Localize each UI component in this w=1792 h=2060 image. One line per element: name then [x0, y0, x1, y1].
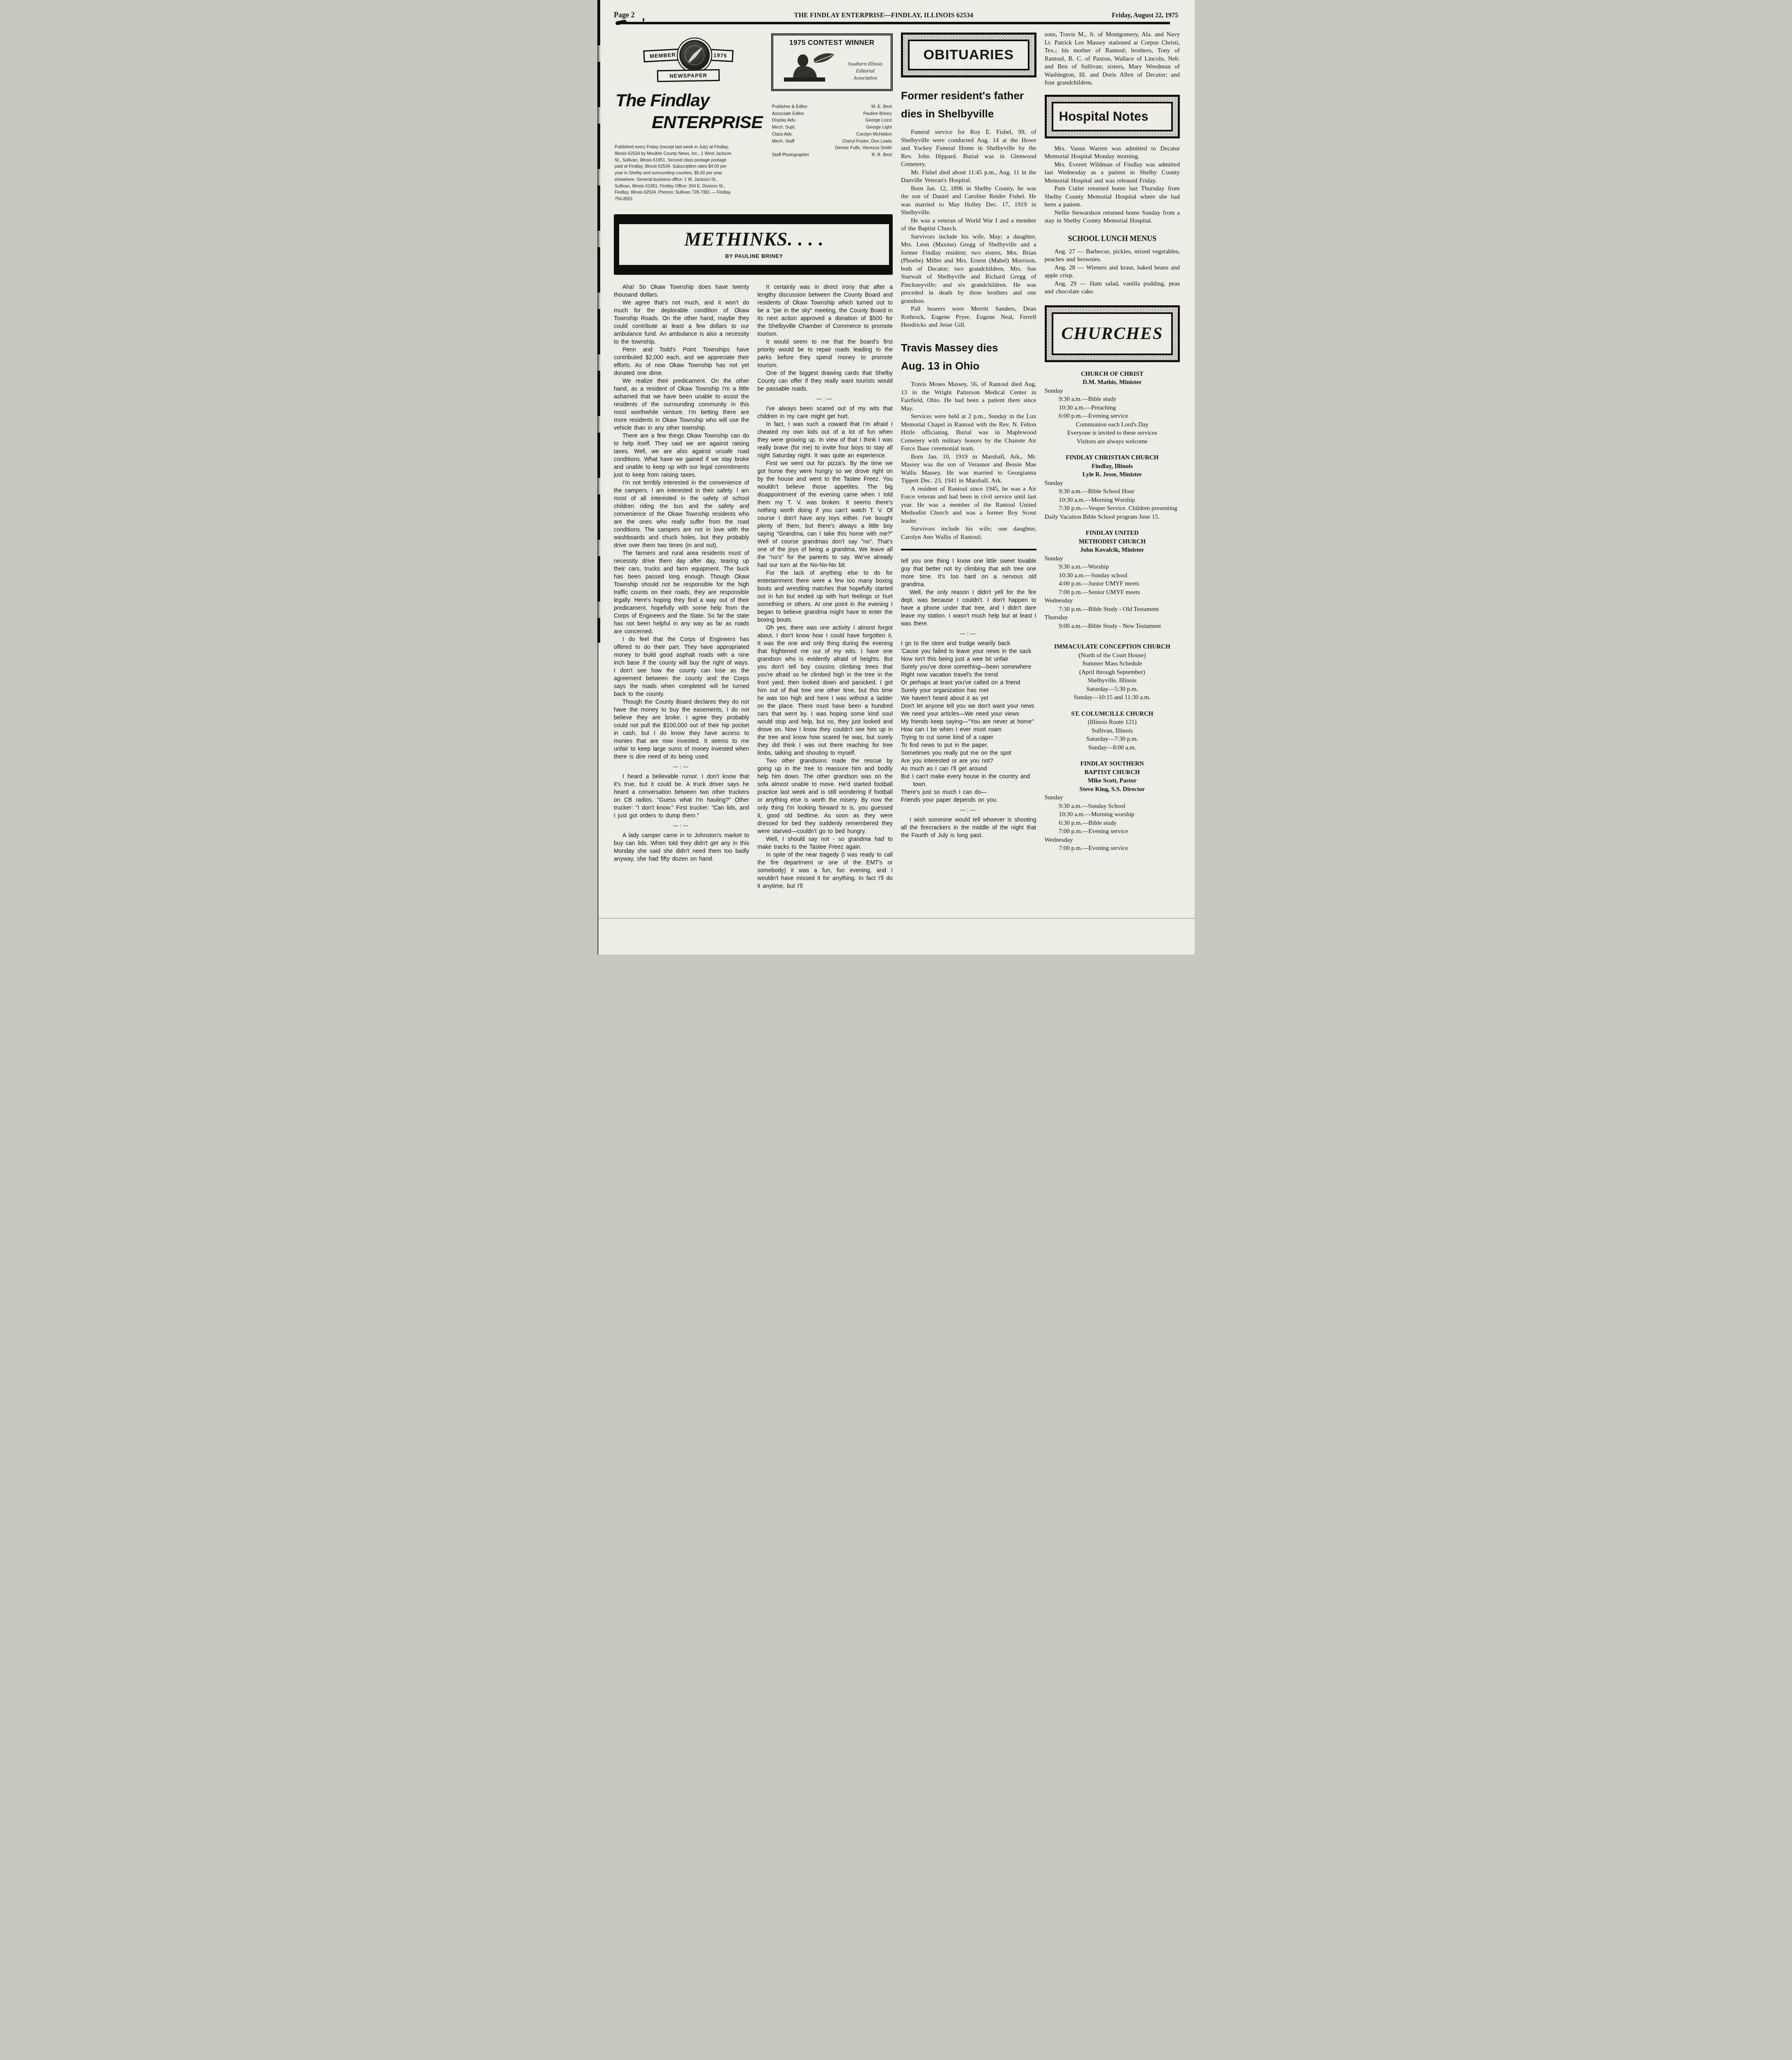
methinks-paragraph: It would seem to me that the board's fir…	[758, 338, 893, 369]
church-listing-line: 9:00 a.m.—Bible Study - New Testament	[1045, 622, 1180, 631]
methinks-paragraph: We need your articles—We need your views	[913, 710, 1036, 718]
scan-fold-line	[597, 918, 1195, 919]
fishel-headline: Former resident's father dies in Shelbyv…	[901, 87, 1036, 123]
staff-name: George Lozzi	[866, 117, 892, 124]
left-section: MEMBER 1975 NEWSPAPER The Findlay ENTERP…	[614, 31, 893, 890]
school-lunch-title: SCHOOL LUNCH MENUS	[1045, 234, 1180, 243]
methinks-paragraph: Don't let anyone tell you we don't want …	[913, 702, 1036, 710]
staff-name: M. E. Best	[871, 103, 892, 110]
church-listing-line: Sunday—10:15 and 11:30 a.m.	[1045, 693, 1180, 702]
page-header: Page 2 THE FINDLAY ENTERPRISE—FINDLAY, I…	[597, 0, 1195, 20]
church-listing-line: 9:30 a.m.—Bible study	[1045, 395, 1180, 404]
methinks-columns: Aha! So Okaw Township does have twenty t…	[614, 283, 893, 890]
staff-row: Denise Fulfs, Vanessa Smith	[772, 145, 892, 152]
methinks-paragraph: Oh yes, there was one activity I almost …	[758, 624, 893, 757]
methinks-title: METHINKS. . . .	[622, 228, 886, 250]
church-listing-line: FINDLAY UNITED	[1045, 529, 1180, 538]
contest-caption: Southern Illinois EditorialAssociation	[844, 61, 887, 85]
methinks-paragraph: —:—	[758, 395, 893, 403]
staff-row: Mech. Staff Cheryl Foster, Don Lewis	[772, 138, 892, 145]
church-listing-line: Everyone is invited to these services	[1045, 429, 1180, 438]
staff-row: Staff Photographer R. R. Best	[772, 152, 892, 159]
church-listing-line: Findlay, Illinois	[1045, 462, 1180, 471]
methinks-paragraph: Friends your paper depends on you.	[913, 796, 1036, 804]
methinks-paragraph: There are a few things Okaw Township can…	[614, 432, 749, 479]
churches-box: CHURCHES	[1045, 305, 1180, 362]
article-paragraph: Born Jan. 12, 1896 in Shelby County, he …	[901, 185, 1036, 217]
methinks-paragraph: I heard a believable rumor. I don't know…	[614, 772, 749, 819]
methinks-paragraph: How can I be when I ever must roam	[913, 726, 1036, 733]
headline-line: Aug. 13 in Ohio	[901, 357, 1036, 375]
church-listing-line: Visitors are always welcome	[1045, 438, 1180, 446]
church-listing-line: Sunday	[1045, 387, 1180, 396]
methinks-paragraph: As much as I can I'll get around	[913, 765, 1036, 772]
article-paragraph: A resident of Rantoul since 1945, he was…	[901, 485, 1036, 526]
methinks-paragraph: —:—	[614, 763, 749, 770]
church-listing-line: 10:30 a.m.—Preaching	[1045, 404, 1180, 412]
staff-row: Associate Editor Pauline Briney	[772, 110, 892, 117]
headline-line: Former resident's father	[901, 87, 1036, 105]
church-listing-line: CHURCH OF CHRIST	[1045, 370, 1180, 379]
methinks-paragraph: I go to the store and trudge wearily bac…	[913, 639, 1036, 647]
church-listing-line: 10:30 a.m.—Sunday school	[1045, 571, 1180, 580]
church-listing-line: ST. COLUMCILLE CHURCH	[1045, 710, 1180, 719]
methinks-paragraph: In fact, I was such a coward that I'm af…	[758, 420, 893, 459]
headline-line: Travis Massey dies	[901, 339, 1036, 357]
methinks-paragraph: We haven't heard about it as yet	[913, 694, 1036, 702]
church-listing-line: Sullivan, Illinois	[1045, 727, 1180, 735]
methinks-paragraph: Though the County Board declares they do…	[614, 698, 749, 761]
staff-name: Carolyn McHatton	[856, 131, 892, 138]
hospital-paragraph: Mrs. Vanus Warren was admitted to Decatu…	[1045, 145, 1180, 161]
church-listing-line: 7:30 p.m.—Bible Study - Old Testament	[1045, 605, 1180, 614]
masthead: MEMBER 1975 NEWSPAPER The Findlay ENTERP…	[614, 31, 763, 203]
staff-role: Mech. Supt.	[772, 124, 796, 131]
church-listing-line: 7:30 p.m.—Vesper Service. Children prese…	[1045, 504, 1180, 521]
obituaries-column: OBITUARIES Former resident's father dies…	[901, 31, 1036, 890]
newspaper-ribbon: NEWSPAPER	[657, 69, 720, 82]
methinks-paragraph: There's just so much I can do—	[913, 788, 1036, 796]
methinks-column-3: tell you one thing I know one little swe…	[901, 557, 1036, 839]
article-paragraph: Survivors include his wife; one daughter…	[901, 525, 1036, 541]
lunch-menu-item: Aug. 28 — Wieners and kraut, baked beans…	[1045, 264, 1180, 280]
church-listing-line: Steve King, S.S. Director	[1045, 785, 1180, 794]
methinks-paragraph: It certainly was in direct irony that af…	[758, 283, 893, 338]
church-listing-line: Saturday—7:30 p.m.	[1045, 735, 1180, 744]
methinks-paragraph: I wish someone would tell whoever is sho…	[901, 816, 1036, 839]
newspaper-page: Page 2 THE FINDLAY ENTERPRISE—FINDLAY, I…	[597, 0, 1195, 955]
staff-name: Pauline Briney	[863, 110, 892, 117]
church-listing-line: (Illinois Route 121)	[1045, 718, 1180, 727]
methinks-paragraph: Are you interested or are you not?	[913, 757, 1036, 765]
article-paragraph: Mr. Fishel died about 11:45 p.m., Aug. 1…	[901, 169, 1036, 185]
church-listing-line: 4:00 p.m.—Junior UMYF meets	[1045, 580, 1180, 588]
hospital-paragraph: Mrs. Everett Wildman of Findlay was admi…	[1045, 161, 1180, 185]
hospital-paragraph: Nellie Stewardson returned home Sunday f…	[1045, 209, 1180, 225]
methinks-paragraph: Now isn't this being just a wee bit unfa…	[913, 655, 1036, 663]
publication-info: Published every Friday (except last week…	[615, 144, 732, 203]
church-listing-line: Sunday—8:00 a.m.	[1045, 744, 1180, 752]
hospital-notes-title: Hospital Notes	[1052, 102, 1173, 131]
contest-title: 1975 CONTEST WINNER	[777, 39, 887, 47]
church-listing-line: Sunday	[1045, 555, 1180, 563]
church-listing-line: Thursday	[1045, 613, 1180, 622]
church-listing-line: FINDLAY CHRISTIAN CHURCH	[1045, 454, 1180, 462]
hospital-notes-box: Hospital Notes	[1045, 95, 1180, 138]
methinks-paragraph: Sometimes you really put me on the spot	[913, 749, 1036, 757]
press-association-seal-icon	[677, 37, 712, 73]
fishel-article: Funeral service for Roy E. Fishel, 99, o…	[901, 129, 1036, 330]
page-title: THE FINDLAY ENTERPRISE—FINDLAY, ILLINOIS…	[704, 12, 1063, 19]
methinks-paragraph: We agree that's not much, and it won't d…	[614, 299, 749, 346]
methinks-paragraph: Or perhaps at least you've called on a f…	[913, 679, 1036, 686]
methinks-byline: BY PAULINE BRINEY	[622, 253, 886, 259]
methinks-paragraph: A lady camper came in to Johnston's mark…	[614, 831, 749, 863]
article-paragraph: He was a veteran of World War I and a me…	[901, 217, 1036, 233]
church-listing-line: 9:30 a.m.—Worship	[1045, 563, 1180, 571]
scan-ink-mark	[615, 20, 627, 26]
paper-name-line2: ENTERPRISE	[652, 112, 763, 133]
methinks-paragraph: Surely you've done something—been somewh…	[913, 663, 1036, 671]
page-number: Page 2	[614, 11, 704, 19]
right-column: sons, Travis M., Jr. of Montgomery, Ala.…	[1045, 31, 1180, 890]
church-listing-line: Sunday	[1045, 479, 1180, 488]
methinks-paragraph: Aha! So Okaw Township does have twenty t…	[614, 283, 749, 299]
church-listing-line: IMMACULATE CONCEPTION CHURCH	[1045, 643, 1180, 651]
church-listing-line: 7:00 p.m.—Evening service	[1045, 844, 1180, 853]
methinks-paragraph: tell you one thing I know one little swe…	[901, 557, 1036, 588]
massey-continuation: sons, Travis M., Jr. of Montgomery, Ala.…	[1045, 31, 1180, 87]
church-listing-line: Saturday—5:30 p.m.	[1045, 685, 1180, 694]
methinks-paragraph: Well, the only reason I didn't yell for …	[901, 588, 1036, 627]
church-listing-line: Summer Mass Schedule	[1045, 660, 1180, 668]
methinks-paragraph: For the lack of anything else to do for …	[758, 569, 893, 624]
church-listing-line: Shelbyville, Illinois	[1045, 677, 1180, 685]
methinks-paragraph: Surely your organization has met	[913, 686, 1036, 694]
church-listing-line: John Kovalcik, Minister	[1045, 546, 1180, 555]
church-listing-line: Lyle R. Jesse, Minister	[1045, 471, 1180, 479]
staff-row: Publisher & Editor M. E. Best	[772, 103, 892, 110]
headline-line: dies in Shelbyville	[901, 105, 1036, 123]
staff-role: Associate Editor	[772, 110, 804, 117]
column-divider-rule	[901, 549, 1036, 550]
staff-role: Staff Photographer	[772, 152, 809, 159]
church-listing-line: Sunday	[1045, 794, 1180, 802]
methinks-paragraph: But I can't make every house in the coun…	[913, 772, 1036, 788]
methinks-paragraph: First we went out for pizza's. By the ti…	[758, 459, 893, 569]
staff-row: Class Adv. Carolyn McHatton	[772, 131, 892, 138]
church-listing-line: D.M. Mathis, Minister	[1045, 378, 1180, 387]
article-paragraph: Funeral service for Roy E. Fishel, 99, o…	[901, 129, 1036, 169]
staff-name: Denise Fulfs, Vanessa Smith	[835, 145, 892, 152]
church-listing-line: (April through September)	[1045, 668, 1180, 677]
paper-name-line1: The Findlay	[615, 91, 763, 111]
staff-role: Class Adv.	[772, 131, 793, 138]
article-paragraph: Travis Moses Massey, 56, of Rantoul died…	[901, 381, 1036, 413]
article-paragraph: Pall bearers were Merritt Sanders, Dean …	[901, 305, 1036, 330]
contest-winner-box: 1975 CONTEST WINNER Southern Illinois Ed…	[771, 33, 893, 91]
methinks-paragraph: My friends keep saying—"You are never at…	[913, 718, 1036, 726]
methinks-paragraph: —:—	[901, 806, 1036, 814]
methinks-paragraph: Trying to cut some kind of a caper	[913, 733, 1036, 741]
lunch-menu-item: Aug. 29 — Ham salad, vanilla pudding, pe…	[1045, 280, 1180, 296]
methinks-paragraph: The farmers and rural area residents mus…	[614, 549, 749, 635]
member-ribbon: MEMBER	[643, 48, 682, 62]
methinks-paragraph: —:—	[614, 822, 749, 829]
church-listing-line: 6:30 p.m.—Bible study	[1045, 819, 1180, 828]
church-listing-line: Wednesday	[1045, 836, 1180, 845]
methinks-paragraph: 'Cause you failed to leave your news in …	[913, 647, 1036, 655]
school-lunch-items: Aug. 27 — Barbecue, pickles, mixed veget…	[1045, 248, 1180, 296]
church-listing-line: BAPTIST CHURCH	[1045, 768, 1180, 777]
church-listing-line: Wednesday	[1045, 597, 1180, 605]
church-listing-line: (North of the Court House)	[1045, 651, 1180, 660]
hospital-paragraph: Pam Cutler returned home last Thursday f…	[1045, 185, 1180, 209]
church-listing-line: Mike Scott, Pastor	[1045, 777, 1180, 785]
methinks-paragraph: I'm not terribly interested in the conve…	[614, 479, 749, 549]
methinks-paragraph: In spite of the near tragedy (I was read…	[758, 851, 893, 890]
church-listings: CHURCH OF CHRISTD.M. Mathis, MinisterSun…	[1045, 370, 1180, 853]
page-body: MEMBER 1975 NEWSPAPER The Findlay ENTERP…	[597, 31, 1195, 915]
methinks-paragraph: Penn and Todd's Point Townships have con…	[614, 346, 749, 377]
methinks-paragraph: To find news to put in the paper.	[913, 741, 1036, 749]
masthead-band: MEMBER 1975 NEWSPAPER The Findlay ENTERP…	[614, 31, 893, 203]
obituaries-box-title: OBITUARIES	[908, 40, 1029, 70]
methinks-header-box: METHINKS. . . . BY PAULINE BRINEY	[614, 214, 893, 275]
methinks-paragraph: One of the biggest drawing cards that Sh…	[758, 369, 893, 393]
contest-caption-line: Southern Illinois Editorial	[844, 61, 887, 75]
page-date: Friday, August 22, 1975	[1063, 12, 1178, 19]
church-listing-line: 9:30 a.m.—Sunday School	[1045, 802, 1180, 811]
staff-name: R. R. Best	[872, 152, 892, 159]
article-paragraph: Born Jan. 10, 1919 in Marshall, Ark., Mr…	[901, 453, 1036, 485]
staff-row: Display Adv. George Lozzi	[772, 117, 892, 124]
staff-name: George Light	[866, 124, 892, 131]
church-listing-line: 10:30 a.m.—Morning Worship	[1045, 496, 1180, 505]
staff-role: Mech. Staff	[772, 138, 794, 145]
contest-caption-line: Association	[844, 75, 887, 82]
churches-box-title: CHURCHES	[1052, 312, 1173, 355]
staff-name: Cheryl Foster, Don Lewis	[842, 138, 892, 145]
methinks-paragraph: I do feel that the Corps of Engineers ha…	[614, 635, 749, 698]
member-badge: MEMBER 1975 NEWSPAPER	[627, 37, 750, 82]
methinks-paragraph: —:—	[901, 630, 1036, 637]
church-listing-line: 7:00 p.m.—Evening service	[1045, 827, 1180, 836]
staff-row: Mech. Supt. George Light	[772, 124, 892, 131]
methinks-paragraph: Right now vacation travel's the trend	[913, 671, 1036, 679]
methinks-paragraph: We realize their predicament. On the oth…	[614, 377, 749, 432]
masthead-right: 1975 CONTEST WINNER Southern Illinois Ed…	[771, 31, 893, 203]
header-rule	[623, 22, 1170, 24]
article-paragraph: Survivors include his wife, May; a daugh…	[901, 233, 1036, 306]
church-listing-line: 10:30 a.m.—Morning worship	[1045, 810, 1180, 819]
staff-role: Display Adv.	[772, 117, 796, 124]
lunch-menu-item: Aug. 27 — Barbecue, pickles, mixed veget…	[1045, 248, 1180, 264]
church-listing-line: 6:00 p.m.—Evening service	[1045, 412, 1180, 421]
church-listing-line: 7:00 p.m.—Senior UMYF meets	[1045, 588, 1180, 597]
church-listing-line: 9:30 a.m.—Bible School Hour	[1045, 487, 1180, 496]
scan-edge-artifact-thin	[597, 0, 599, 955]
scan-ink-dot	[643, 18, 644, 21]
staff-role: Publisher & Editor	[772, 103, 807, 110]
church-listing-line: METHODIST CHURCH	[1045, 538, 1180, 546]
methinks-column-1: Aha! So Okaw Township does have twenty t…	[614, 283, 749, 890]
methinks-paragraph: Two other grandsons made the rescue by g…	[758, 757, 893, 835]
massey-article: Travis Moses Massey, 56, of Rantoul died…	[901, 381, 1036, 541]
methinks-column-2: It certainly was in direct irony that af…	[758, 283, 893, 890]
church-listing-line: Communion each Lord's Day	[1045, 421, 1180, 429]
methinks-paragraph: Well, I should say not - so grandma had …	[758, 835, 893, 851]
article-paragraph: Services were held at 2 p.m., Sunday in …	[901, 413, 1036, 453]
staff-list: Publisher & Editor M. E. Best Associate …	[771, 103, 893, 159]
massey-headline: Travis Massey dies Aug. 13 in Ohio	[901, 339, 1036, 375]
engraving-illustration-icon	[777, 49, 842, 85]
obituaries-box: OBITUARIES	[901, 33, 1036, 77]
church-listing-line: FINDLAY SOUTHERN	[1045, 760, 1180, 768]
methinks-paragraph: I've always been scared out of my wits t…	[758, 405, 893, 420]
hospital-notes-text: Mrs. Vanus Warren was admitted to Decatu…	[1045, 145, 1180, 225]
